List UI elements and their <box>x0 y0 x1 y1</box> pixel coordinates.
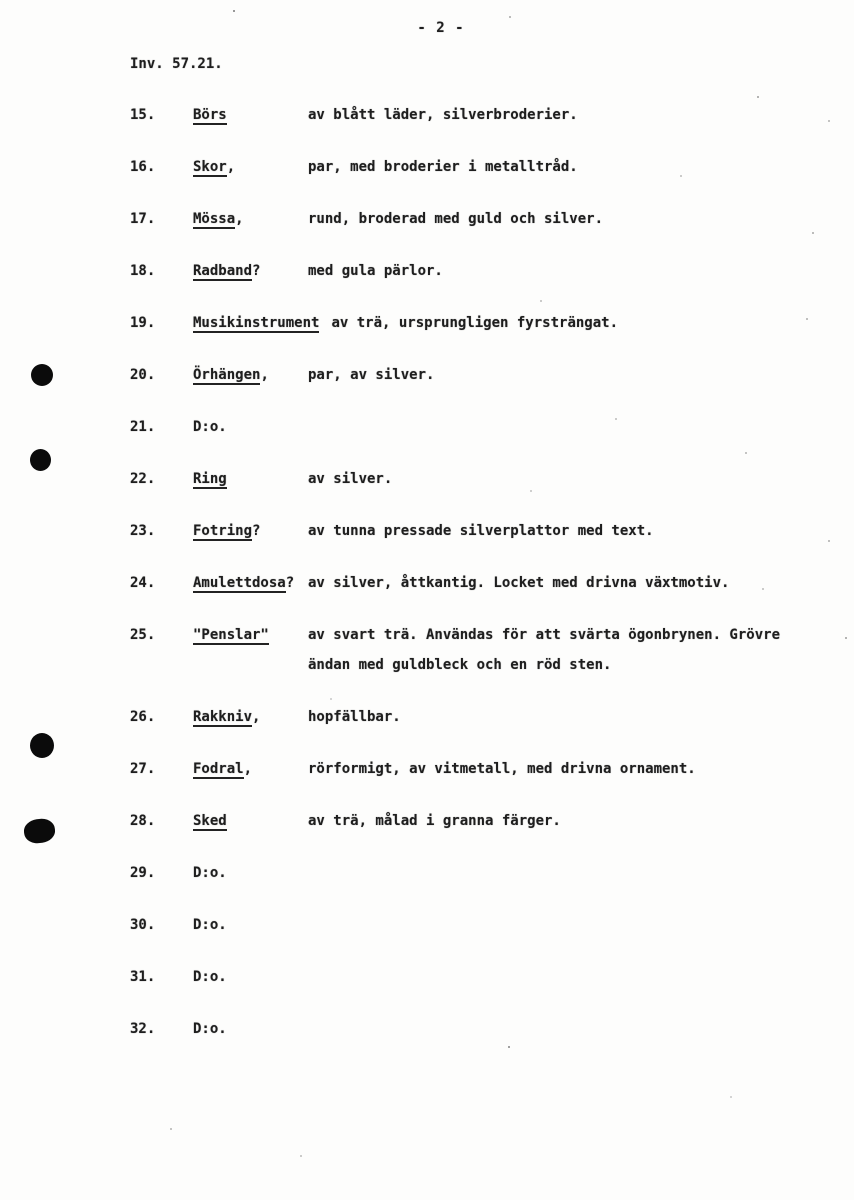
item-name-underlined: Radband <box>193 263 252 281</box>
inventory-row: 24. Amulettdosa? av silver, åttkantig. L… <box>130 568 840 598</box>
item-name-underlined: Mössa <box>193 211 235 229</box>
item-name: Radband? <box>193 256 308 286</box>
item-description: hopfällbar. <box>308 702 401 732</box>
item-name-underlined: Fotring <box>193 523 252 541</box>
item-name: Rakkniv, <box>193 702 308 732</box>
item-name: Amulettdosa? <box>193 568 308 598</box>
item-name: "Penslar" <box>193 620 308 650</box>
item-name: Börs <box>193 100 308 130</box>
item-number: 21. <box>130 412 193 442</box>
item-number: 30. <box>130 910 193 940</box>
item-name-underlined: D:o. <box>193 917 227 933</box>
ink-blot-1 <box>31 364 53 386</box>
item-description: med gula pärlor. <box>308 256 443 286</box>
item-number: 29. <box>130 858 193 888</box>
item-description: av silver. <box>308 464 392 494</box>
ink-blot-3 <box>30 733 54 758</box>
item-name-underlined: Börs <box>193 107 227 125</box>
item-name-suffix: , <box>235 211 243 227</box>
item-number: 27. <box>130 754 193 784</box>
ink-blot-4 <box>22 817 56 845</box>
item-number: 22. <box>130 464 193 494</box>
scanned-document-page: - 2 - Inv. 57.21. 15. Börs av blått läde… <box>0 0 854 1200</box>
inventory-row: 25. "Penslar" av svart trä. Användas för… <box>130 620 840 680</box>
item-name-underlined: Musikinstrument <box>193 315 319 333</box>
inventory-row: 20. Örhängen, par, av silver. <box>130 360 840 390</box>
item-name: Örhängen, <box>193 360 308 390</box>
item-number: 31. <box>130 962 193 992</box>
item-description: rund, broderad med guld och silver. <box>308 204 603 234</box>
item-name-underlined: D:o. <box>193 419 227 435</box>
item-number: 20. <box>130 360 193 390</box>
item-description: av silver, åttkantig. Locket med drivna … <box>308 568 729 598</box>
item-name: Sked <box>193 806 308 836</box>
item-name: D:o. <box>193 910 308 940</box>
item-number: 28. <box>130 806 193 836</box>
item-name-suffix: , <box>244 761 252 777</box>
item-name-underlined: Ring <box>193 471 227 489</box>
item-name: D:o. <box>193 962 308 992</box>
inventory-row: 27. Fodral, rörformigt, av vitmetall, me… <box>130 754 840 784</box>
item-name: D:o. <box>193 1014 308 1044</box>
item-name-underlined: Örhängen <box>193 367 260 385</box>
item-name: Musikinstrument <box>193 308 331 338</box>
item-description: rörformigt, av vitmetall, med drivna orn… <box>308 754 696 784</box>
item-name-suffix: ? <box>286 575 294 591</box>
item-number: 26. <box>130 702 193 732</box>
item-name-underlined: D:o. <box>193 1021 227 1037</box>
item-description: av tunna pressade silverplattor med text… <box>308 516 654 546</box>
ink-blot-2 <box>30 449 51 471</box>
item-name: Ring <box>193 464 308 494</box>
inventory-row: 23. Fotring? av tunna pressade silverpla… <box>130 516 840 546</box>
inventory-row: 31. D:o. <box>130 962 840 992</box>
item-description: par, med broderier i metalltråd. <box>308 152 578 182</box>
inventory-row: 21. D:o. <box>130 412 840 442</box>
item-number: 17. <box>130 204 193 234</box>
inventory-number-label: Inv. 57.21. <box>130 56 223 72</box>
item-number: 15. <box>130 100 193 130</box>
page-number: - 2 - <box>14 20 854 36</box>
item-name: D:o. <box>193 858 308 888</box>
item-name: Skor, <box>193 152 308 182</box>
item-name: Fodral, <box>193 754 308 784</box>
item-description: av trä, målad i granna färger. <box>308 806 561 836</box>
item-description: av trä, ursprungligen fyrsträngat. <box>331 308 618 338</box>
item-description: av svart trä. Användas för att svärta ög… <box>308 620 808 680</box>
inventory-row: 22. Ring av silver. <box>130 464 840 494</box>
item-number: 18. <box>130 256 193 286</box>
inventory-row: 19. Musikinstrument av trä, ursprunglige… <box>130 308 840 338</box>
item-number: 16. <box>130 152 193 182</box>
item-description: av blått läder, silverbroderier. <box>308 100 578 130</box>
item-number: 19. <box>130 308 193 338</box>
inventory-row: 28. Sked av trä, målad i granna färger. <box>130 806 840 836</box>
item-number: 24. <box>130 568 193 598</box>
item-name-underlined: Amulettdosa <box>193 575 286 593</box>
inventory-row: 18. Radband? med gula pärlor. <box>130 256 840 286</box>
item-name: Mössa, <box>193 204 308 234</box>
item-name-underlined: Fodral <box>193 761 244 779</box>
item-name-underlined: Skor <box>193 159 227 177</box>
inventory-row: 26. Rakkniv, hopfällbar. <box>130 702 840 732</box>
item-name-underlined: Sked <box>193 813 227 831</box>
inventory-row: 16. Skor, par, med broderier i metalltrå… <box>130 152 840 182</box>
item-name-suffix: , <box>227 159 235 175</box>
inventory-row: 29. D:o. <box>130 858 840 888</box>
item-description: par, av silver. <box>308 360 434 390</box>
inventory-item-list: 15. Börs av blått läder, silverbroderier… <box>130 100 840 1066</box>
inventory-row: 17. Mössa, rund, broderad med guld och s… <box>130 204 840 234</box>
item-number: 32. <box>130 1014 193 1044</box>
inventory-row: 30. D:o. <box>130 910 840 940</box>
item-number: 23. <box>130 516 193 546</box>
item-name-suffix: , <box>260 367 268 383</box>
item-name: Fotring? <box>193 516 308 546</box>
item-name-underlined: "Penslar" <box>193 627 269 645</box>
item-name-suffix: ? <box>252 523 260 539</box>
item-name-underlined: Rakkniv <box>193 709 252 727</box>
item-name-underlined: D:o. <box>193 865 227 881</box>
item-name-suffix: ? <box>252 263 260 279</box>
inventory-row: 32. D:o. <box>130 1014 840 1044</box>
item-name-underlined: D:o. <box>193 969 227 985</box>
inventory-row: 15. Börs av blått läder, silverbroderier… <box>130 100 840 130</box>
scan-noise-specks <box>0 0 2 2</box>
item-name-suffix: , <box>252 709 260 725</box>
item-number: 25. <box>130 620 193 650</box>
item-name: D:o. <box>193 412 308 442</box>
